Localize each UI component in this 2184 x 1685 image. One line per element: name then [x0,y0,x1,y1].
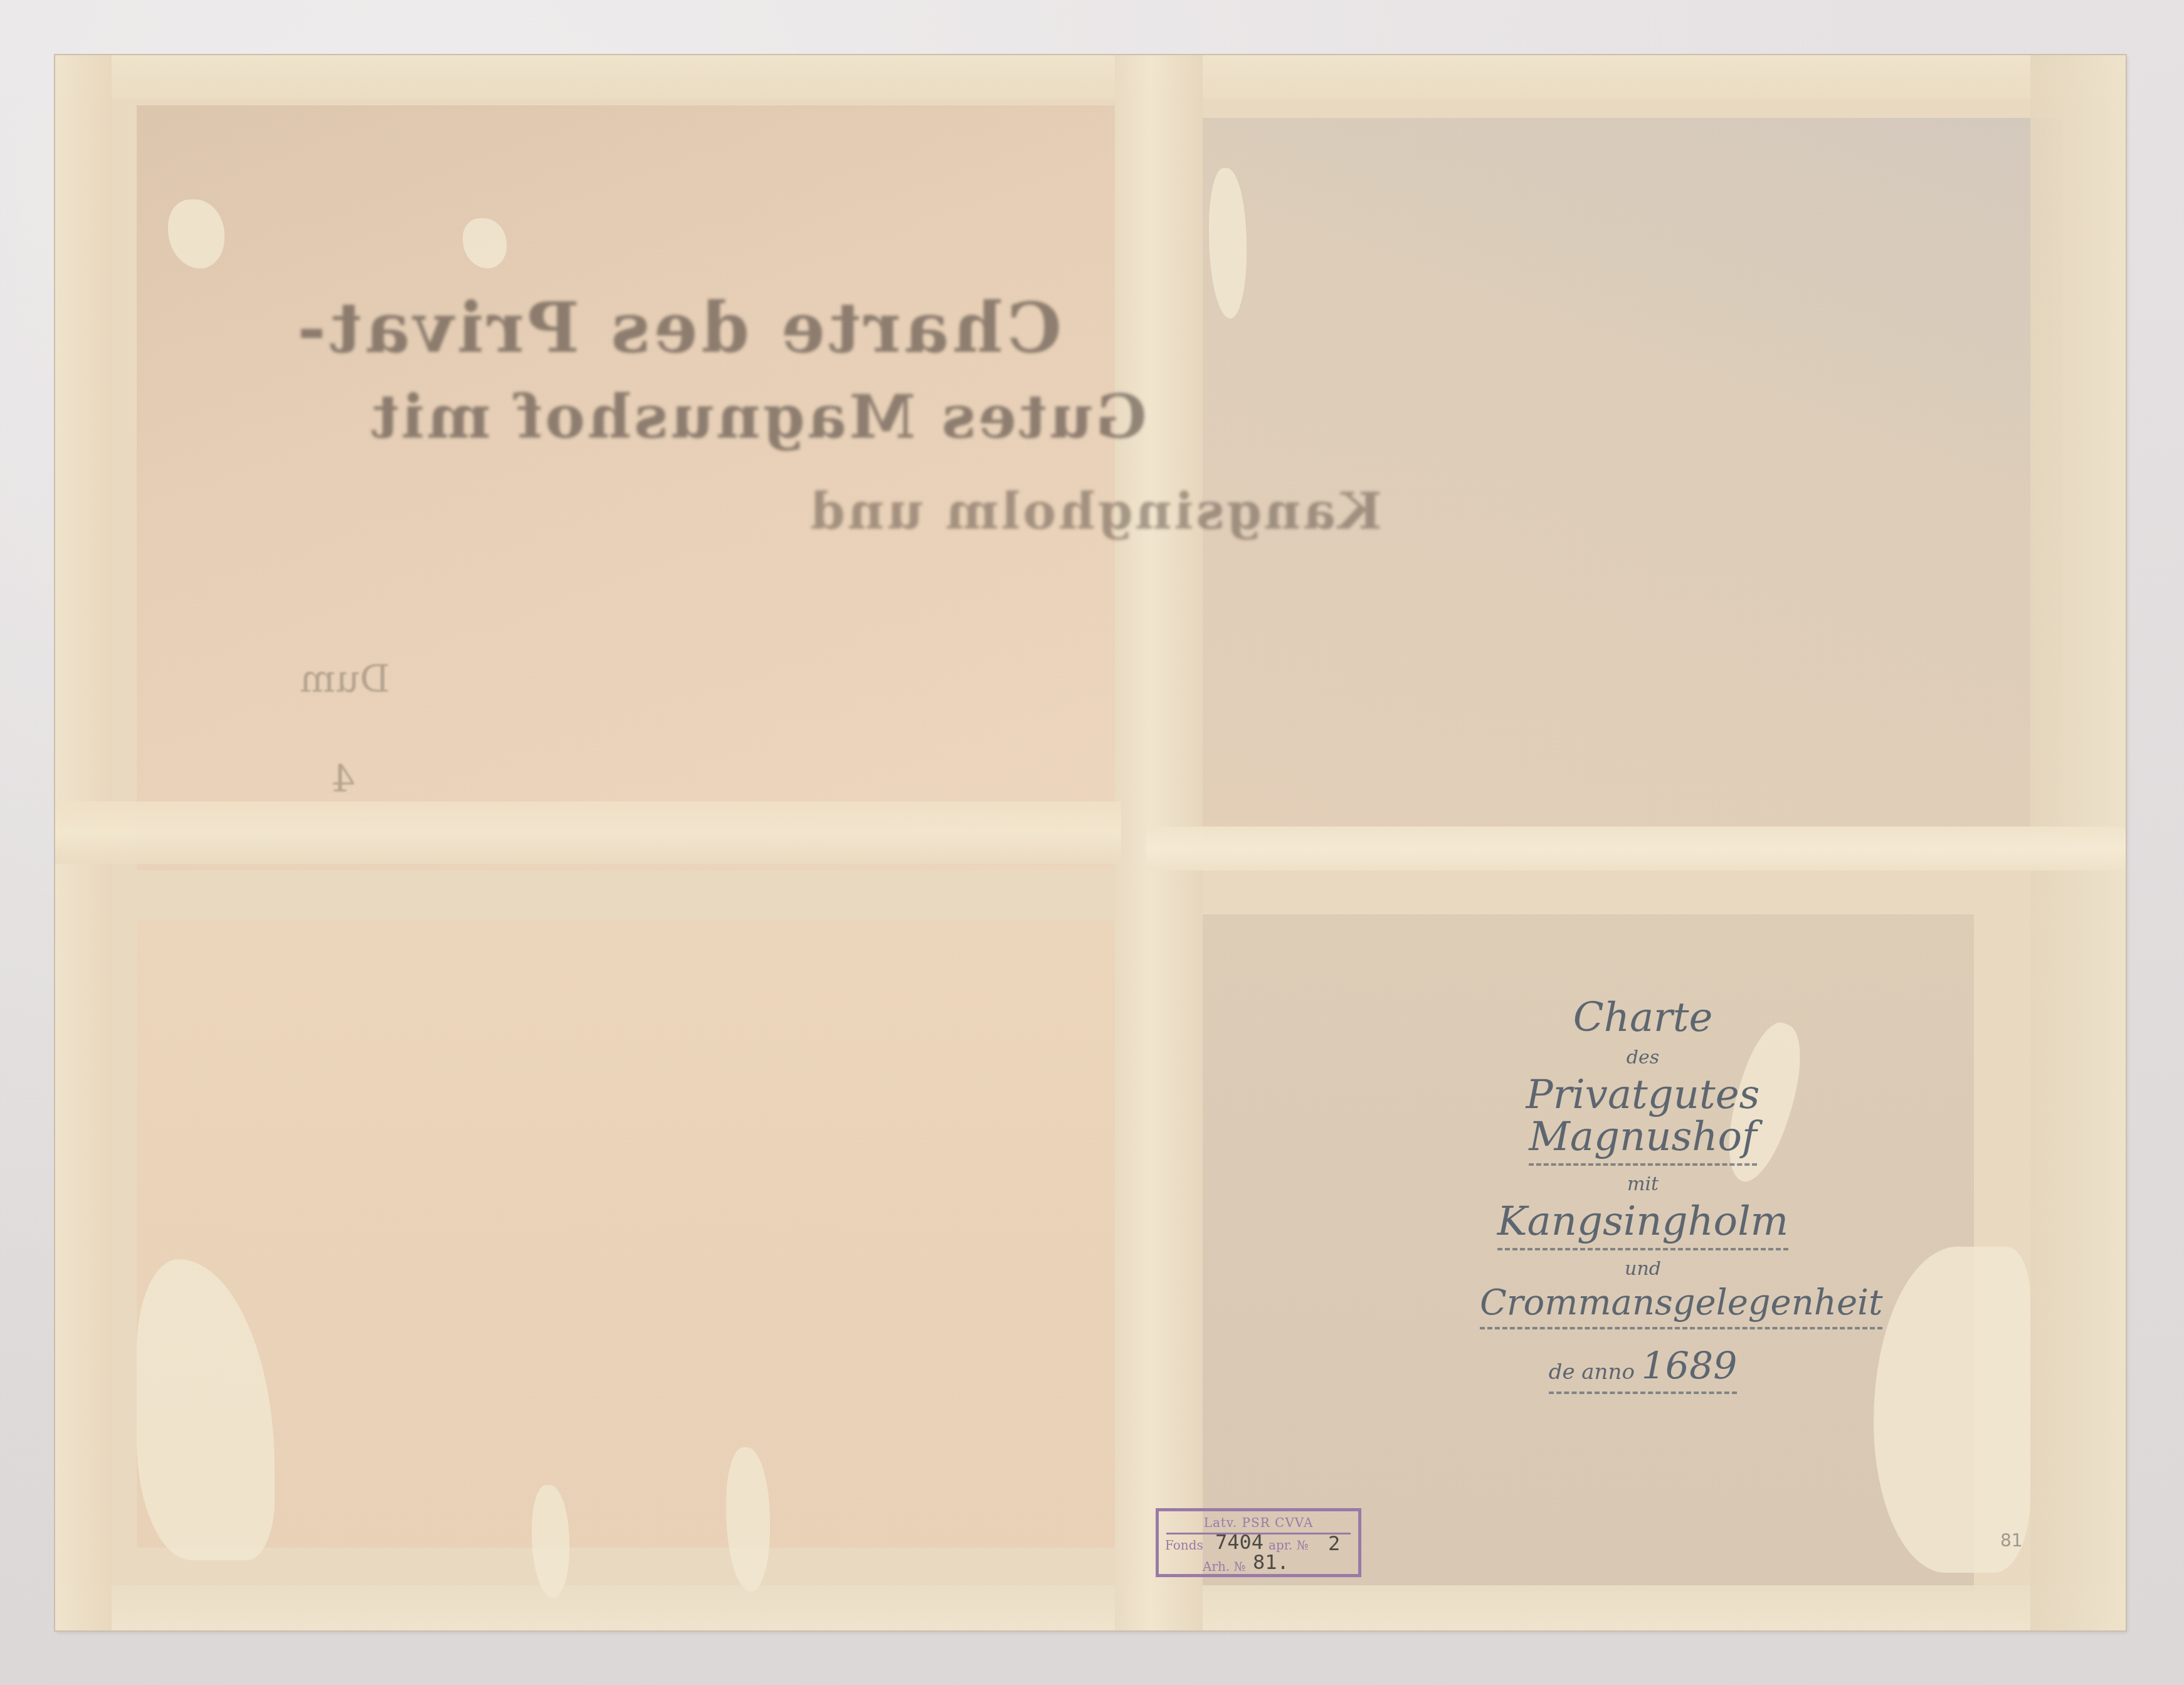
repair-strip-top [55,55,2126,99]
bleed-through-note: 4 [331,758,355,801]
inscription-year: 1689 [1642,1344,1738,1388]
stamp-archive-label: Arh. № [1203,1559,1246,1574]
inscription-place-1: Kangsingholm [1497,1201,1789,1250]
inscription-date-prefix: de anno [1549,1360,1635,1385]
stamp-archive-row: Arh. № 81. [1203,1559,1246,1574]
document-sheet: Charte des Privat- Gutes Magnushof mit K… [55,55,2126,1630]
archive-stamp: Latv. PSR CVVA Fonds 7404 apr. № 2 Arh. … [1156,1508,1361,1577]
bleed-through-title-line-3: Kangsingholm und [808,482,1382,541]
repair-strip-bottom [55,1585,2126,1630]
stamp-inventory-number: 2 [1328,1531,1340,1555]
bleed-through-note: Dum [300,657,390,701]
stamp-archive-number: 81. [1253,1550,1289,1574]
bleed-through-title-line-1: Charte des Privat- [293,287,1062,368]
horizontal-fold-repair-strip-left [55,801,1121,864]
paper-panel-bottom-left [137,921,1115,1548]
inscription-und: und [1480,1259,1806,1279]
inscription-mit: mit [1480,1175,1806,1195]
inscription-estate-name: Magnushof [1529,1116,1756,1166]
inscription-subject: Privatgutes [1480,1074,1806,1116]
paper-panel-top-right [1203,118,2062,839]
stamp-fonds-label: Fonds [1165,1538,1203,1553]
inscription-des: des [1480,1048,1806,1068]
corner-pencil-number: 81 [2000,1530,2023,1551]
bleed-through-title-line-2: Gutes Magnushof mit [369,381,1147,452]
inscription-title: Charte [1480,997,1806,1039]
inscription-place-2: Crommansgelegenheit [1480,1285,1882,1329]
horizontal-fold-repair-strip-right [1146,827,2126,870]
stamp-header: Latv. PSR CVVA [1159,1515,1358,1530]
handwritten-title-inscription: Charte des Privatgutes Magnushof mit Kan… [1480,997,1806,1394]
